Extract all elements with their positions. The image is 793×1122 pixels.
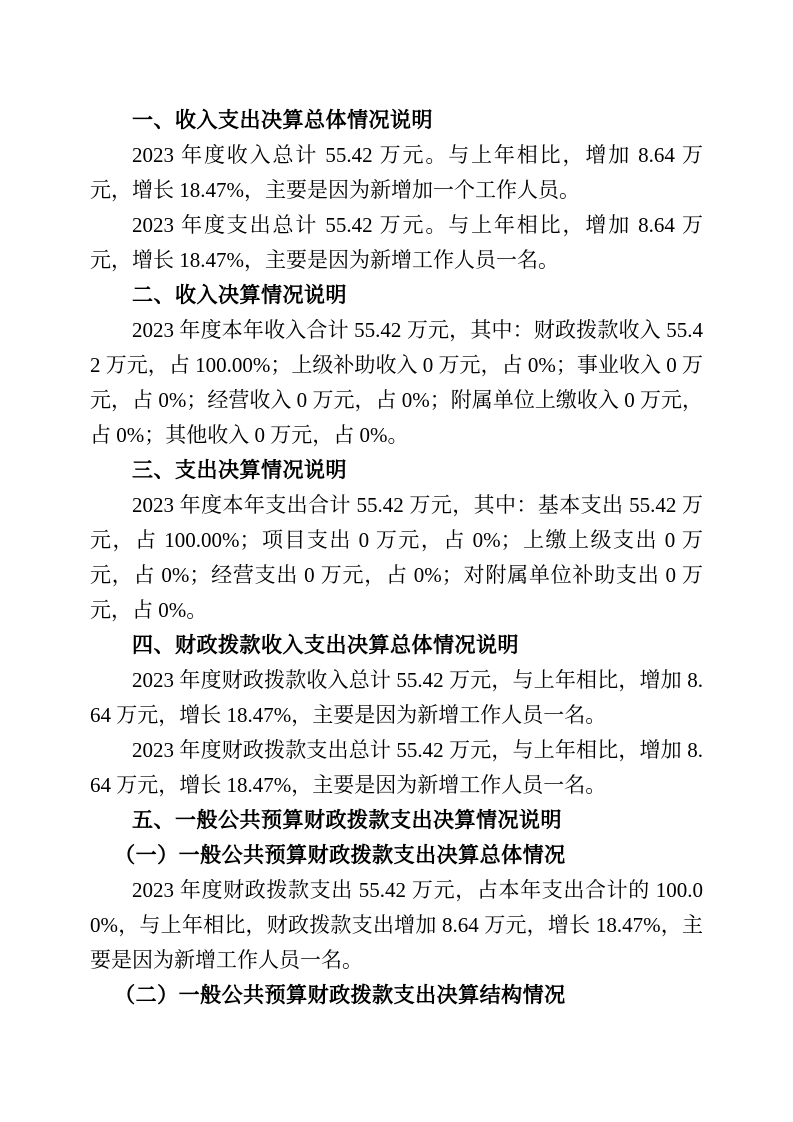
section-4-paragraph-fiscal-expenditure: 2023 年度财政拨款支出总计 55.42 万元，与上年相比，增加 8.64 万…: [90, 733, 703, 803]
section-2-paragraph-income-detail: 2023 年度本年收入合计 55.42 万元，其中：财政拨款收入 55.42 万…: [90, 313, 703, 453]
section-5-sub-2-heading: （二）一般公共预算财政拨款支出决算结构情况: [90, 978, 703, 1013]
section-2-heading: 二、收入决算情况说明: [90, 278, 703, 313]
section-5-heading: 五、一般公共预算财政拨款支出决算情况说明: [90, 803, 703, 838]
section-3-heading: 三、支出决算情况说明: [90, 453, 703, 488]
section-5-sub-1-heading: （一）一般公共预算财政拨款支出决算总体情况: [90, 838, 703, 873]
section-1-paragraph-income-total: 2023 年度收入总计 55.42 万元。与上年相比，增加 8.64 万元，增长…: [90, 138, 703, 208]
section-4-heading: 四、财政拨款收入支出决算总体情况说明: [90, 628, 703, 663]
document-page: 一、收入支出决算总体情况说明 2023 年度收入总计 55.42 万元。与上年相…: [0, 0, 793, 1122]
section-1-paragraph-expenditure-total: 2023 年度支出总计 55.42 万元。与上年相比，增加 8.64 万元，增长…: [90, 208, 703, 278]
section-1-heading: 一、收入支出决算总体情况说明: [90, 103, 703, 138]
section-5-sub-1-paragraph-overall: 2023 年度财政拨款支出 55.42 万元，占本年支出合计的 100.00%，…: [90, 873, 703, 978]
section-3-paragraph-expenditure-detail: 2023 年度本年支出合计 55.42 万元，其中：基本支出 55.42 万元，…: [90, 488, 703, 628]
section-4-paragraph-fiscal-income: 2023 年度财政拨款收入总计 55.42 万元，与上年相比，增加 8.64 万…: [90, 663, 703, 733]
